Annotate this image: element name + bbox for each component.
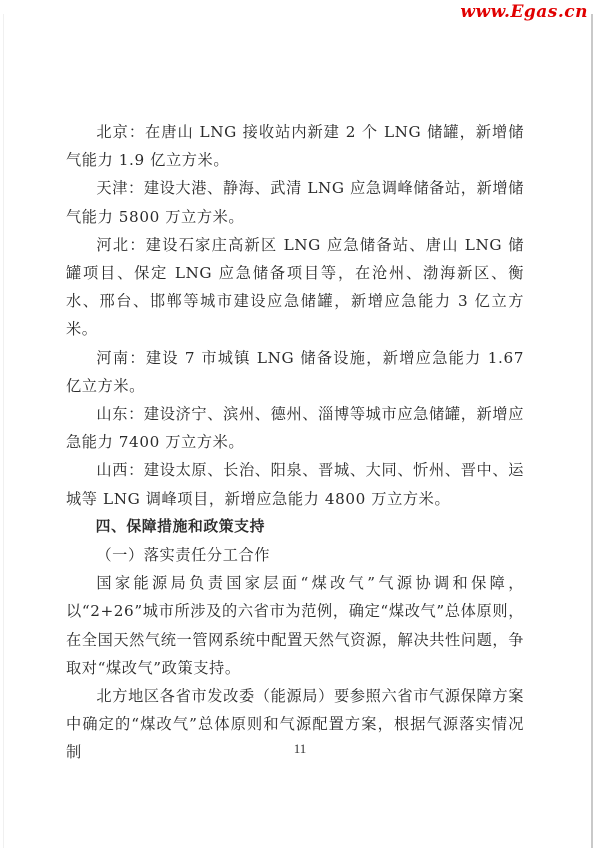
paragraph-nea-responsibility: 国家能源局负责国家层面“煤改气”气源协调和保障，以“2+26”城市所涉及的六省市… (66, 569, 524, 682)
paragraph-henan: 河南：建设 7 市城镇 LNG 储备设施，新增应急能力 1.67 亿立方米。 (66, 344, 524, 400)
page-left-edge (3, 14, 4, 848)
section-heading: 四、保障措施和政策支持 (66, 513, 524, 541)
paragraph-beijing: 北京：在唐山 LNG 接收站内新建 2 个 LNG 储罐，新增储气能力 1.9 … (66, 118, 524, 174)
paragraph-tianjin: 天津：建设大港、静海、武清 LNG 应急调峰储备站，新增储气能力 5800 万立… (66, 174, 524, 230)
watermark: www.Egas.cn (460, 2, 588, 22)
subsection-heading: （一）落实责任分工合作 (66, 541, 524, 569)
document-body: 北京：在唐山 LNG 接收站内新建 2 个 LNG 储罐，新增储气能力 1.9 … (66, 118, 524, 767)
paragraph-shandong: 山东：建设济宁、滨州、德州、淄博等城市应急储罐，新增应急能力 7400 万立方米… (66, 400, 524, 456)
paragraph-shanxi: 山西：建设太原、长治、阳泉、晋城、大同、忻州、晋中、运城等 LNG 调峰项目，新… (66, 456, 524, 512)
paragraph-hebei: 河北：建设石家庄高新区 LNG 应急储备站、唐山 LNG 储罐项目、保定 LNG… (66, 231, 524, 344)
page-number: 11 (0, 741, 600, 757)
page-right-edge (591, 14, 593, 848)
